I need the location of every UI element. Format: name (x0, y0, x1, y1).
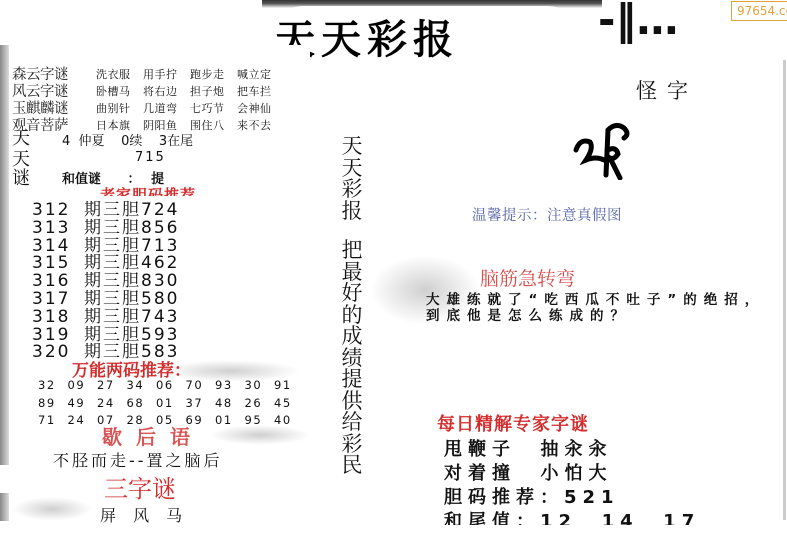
brain-teaser-question: 大雄练就了“吃西瓜不吐子”的绝招，到底他是怎么练成的？ (426, 292, 781, 324)
riddle-answer: 洗衣服 (96, 66, 143, 82)
smoke-decoration (12, 497, 92, 521)
riddle-answer: 担子炮 (190, 83, 237, 99)
three-char-title: 三字谜 (104, 469, 176, 504)
header-right-fragment: -‖… (598, 0, 718, 52)
xiehouyu-title: 歇后语 (102, 421, 204, 450)
riddle-answer: 会神仙 (237, 100, 284, 116)
sum-riddle-label: 和值谜 (62, 172, 101, 187)
tiantian-line2: 715 (135, 150, 166, 165)
right-border (783, 60, 786, 520)
expert-row: 甩鞭子 抽汆汆 (444, 435, 613, 459)
expert-row: 对着撞 小怕大 (444, 459, 613, 483)
riddle-answer: 卧槽马 (96, 83, 143, 99)
riddle-answer: 用手拧 (143, 66, 190, 82)
riddle-answer: 将右边 (143, 83, 190, 99)
three-char-text: 屏 风 马 (100, 503, 188, 526)
expert-riddle-title: 每日精解专家字谜 (437, 410, 589, 436)
riddle-answer: 来不去 (237, 117, 284, 133)
riddle-answer: 曲别针 (96, 100, 143, 116)
brain-teaser-title: 脑筋急转弯 (480, 264, 575, 291)
two-code-row: 320927340670933091 (38, 378, 304, 396)
xiehouyu-text: 不胫而走--置之脑后 (53, 448, 223, 471)
smoke-decoration (210, 425, 310, 445)
riddle-answer: 围住八 (190, 117, 237, 133)
guaizi-title: 怪字 (636, 75, 698, 105)
dan-ma-title: 老家胆码推荐 (100, 184, 196, 196)
warm-tip: 温馨提示：注意真假图 (472, 204, 622, 225)
riddle-answer: 跑步走 (190, 66, 237, 82)
two-code-row: 894924680137482645 (38, 396, 304, 414)
strange-character-glyph (568, 120, 648, 184)
site-watermark[interactable]: 97654.com (731, 1, 787, 21)
tiantian-char: 谜 (12, 164, 30, 190)
vertical-slogan: 天 天 彩 报 把 最 好 的 成 绩 提 供 给 彩 民 (332, 136, 372, 477)
dan-ma-list: 312期三胆724 313期三胆856 314期三胆713 315期三胆462 … (32, 202, 179, 362)
riddle-answer: 几道弯 (143, 100, 190, 116)
riddle-answer: 把车拦 (237, 83, 284, 99)
left-border-lower (0, 493, 9, 521)
tiantian-line1: 4 仲夏 0续 3在尾 (62, 130, 193, 149)
riddle-answer: 喊立定 (237, 66, 284, 82)
left-border (0, 45, 9, 465)
riddle-answer: 七巧节 (190, 100, 237, 116)
expert-row: 胆码推荐：521 (444, 483, 620, 507)
expert-row: 和尾值：12 14 17 (444, 507, 700, 525)
